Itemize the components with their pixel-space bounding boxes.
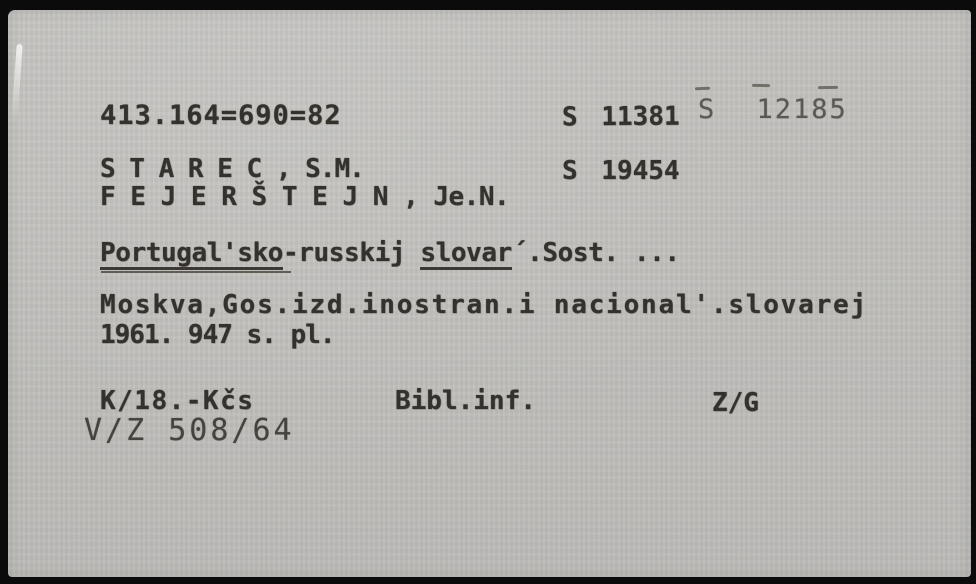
title-part-tail: ´.Sost. ... (512, 238, 680, 268)
library-sigla: Z/G (712, 390, 759, 416)
author-line-2: F E J E R Š T E J N , Je.N. (100, 184, 509, 210)
title-line: Portugal'sko-russkij slovar´.Sost. ... (100, 240, 680, 270)
title-part-middle: -russkij (283, 238, 420, 268)
bibliography-note: Bibl.inf. (395, 388, 536, 414)
inventory-mark-s1: S 11381 (562, 104, 680, 131)
inventory-mark-s2: S 12185 (698, 96, 848, 123)
inventory-mark-s3: S 19454 (562, 158, 680, 184)
accession-number: V/Z 508/64 (84, 416, 295, 446)
pencil-dash-icon (695, 87, 710, 91)
classification-number: 413.164=690=82 (100, 102, 342, 129)
title-part-underlined-2: slovar (420, 240, 512, 270)
imprint-line: Moskva,Gos.izd.inostran.i nacional'.slov… (100, 292, 868, 318)
title-part-underlined-1: Portugal'sko (100, 240, 283, 270)
collation-line: 1961. 947 s. pl. (100, 322, 334, 348)
pencil-dash-icon (752, 84, 770, 87)
author-line-1: S T A R E C , S.M. (100, 156, 364, 182)
card-edge-scuff (11, 44, 22, 122)
price-note: K/18.-Kčs (100, 388, 254, 414)
pencil-dash-icon (818, 86, 838, 89)
